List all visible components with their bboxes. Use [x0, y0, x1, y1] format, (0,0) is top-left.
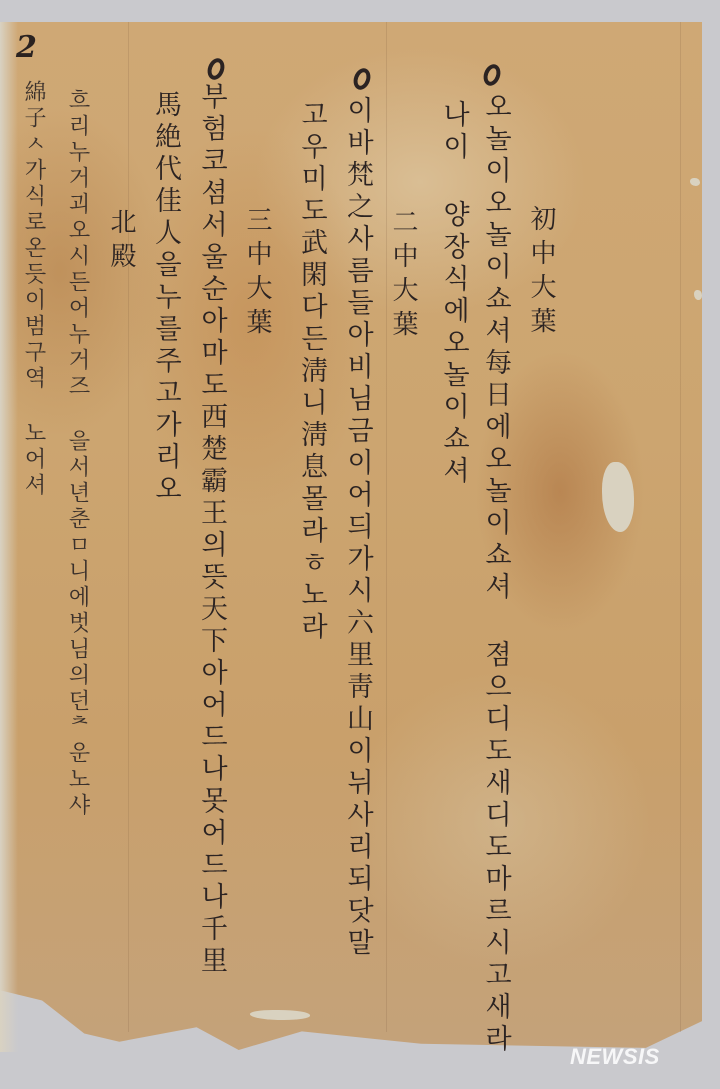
- section-3-column-2: 馬絶代佳人을누를주고가리오: [152, 90, 179, 506]
- section-4-heading: 北殿: [108, 208, 134, 276]
- paper-damage-hole: [694, 290, 702, 300]
- section-2-column-2: 고우미도武閑다든淸니淸息몰라ㅎ노라: [298, 100, 325, 644]
- section-4-column-1: 흐리누거괴오시든어누거즈 을서년춘ㅁ니에벗님의던ᄎ운노샤: [66, 88, 88, 819]
- page-number: 2: [16, 30, 37, 65]
- section-1-heading: 初中大葉: [528, 205, 554, 341]
- fold-line: [386, 22, 387, 1032]
- paper-damage-hole: [690, 178, 700, 186]
- section-4-column-2: 綿子ㅅ가식로온듯이범구역 노어셔: [22, 80, 44, 499]
- torn-left-edge: [0, 22, 18, 1052]
- section-2-column-1: 이바梵之사름들아비님금이어듸가시六里靑山이뉘사리되닷말: [344, 96, 371, 960]
- section-3-heading: 三中大葉: [244, 206, 270, 342]
- section-1-column-1: 오놀이오놀이쇼셔每日에오놀이쇼셔 졈으디도새디도마르시고새라: [482, 92, 509, 1056]
- fold-line: [128, 22, 129, 1032]
- fold-line: [680, 22, 681, 1032]
- section-1-column-2: 나이 양장식에오놀이쇼셔: [440, 100, 467, 488]
- section-3-column-1: 부험코셤서울순아마도西楚霸王의뜻天下아어드나못어드나千里: [198, 82, 225, 978]
- section-2-heading: 二中大葉: [390, 208, 416, 344]
- newsis-watermark: NEWSIS: [570, 1044, 660, 1070]
